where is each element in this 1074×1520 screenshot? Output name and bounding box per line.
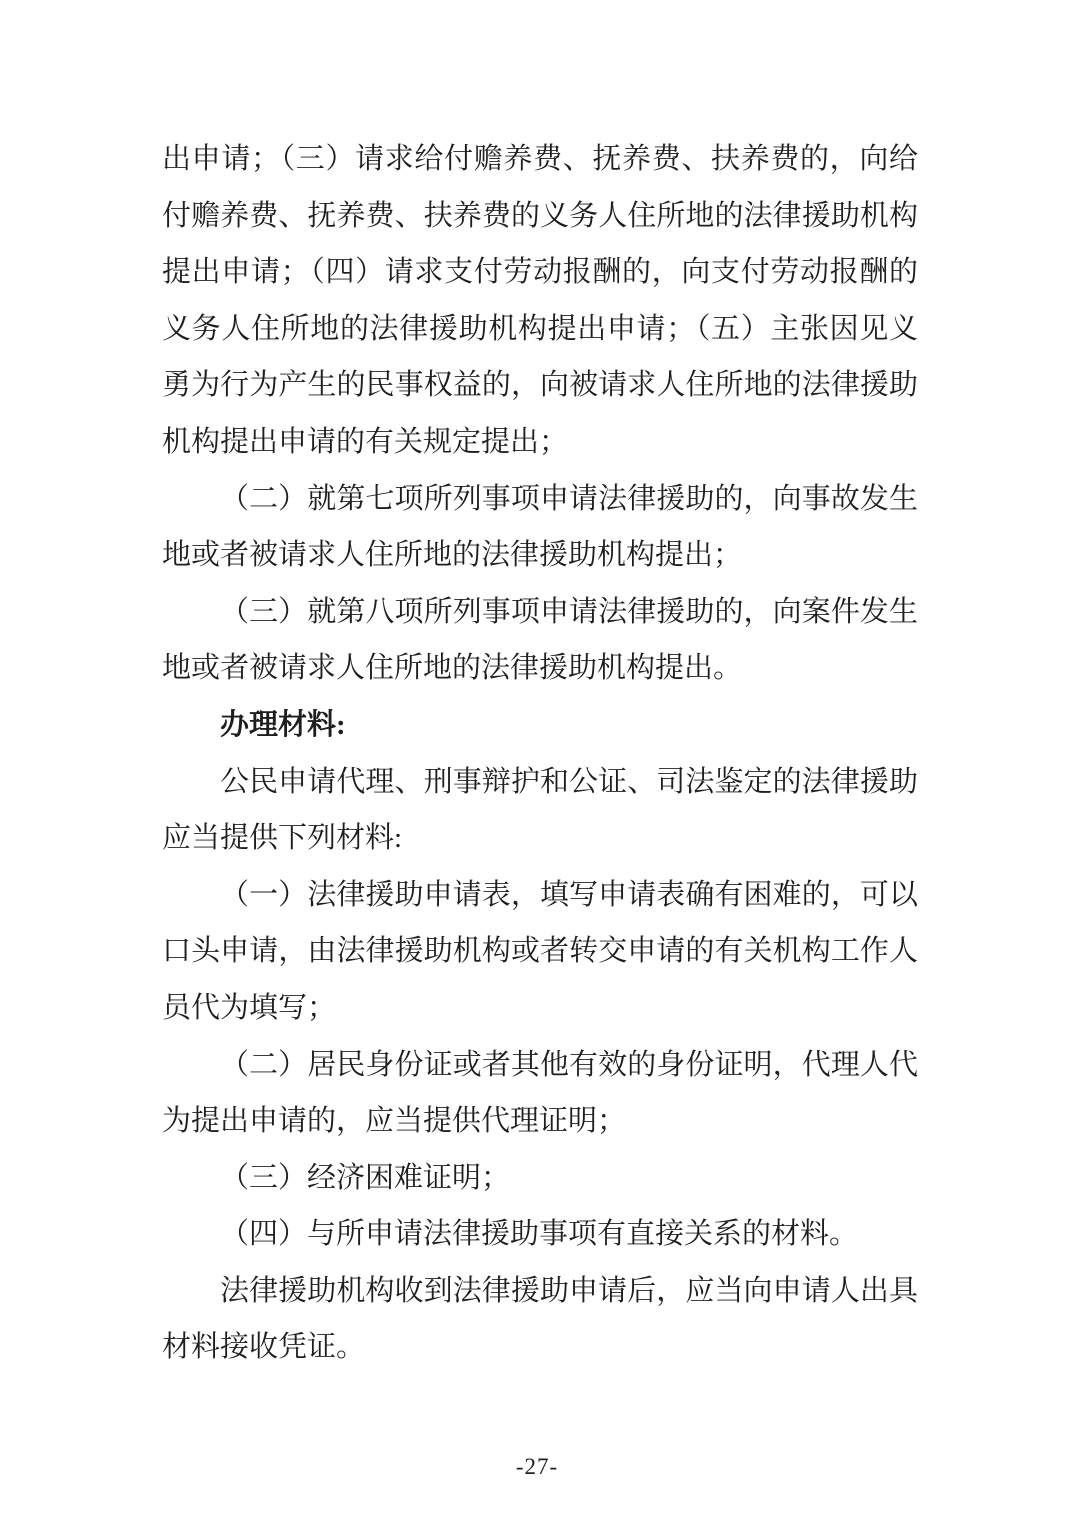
document-body: 出申请；（三）请求给付赡养费、抚养费、扶养费的，向给付赡养费、抚养费、扶养费的义… [162, 131, 918, 1376]
document-page: 出申请；（三）请求给付赡养费、抚养费、扶养费的，向给付赡养费、抚养费、扶养费的义… [0, 0, 1074, 1520]
paragraph: （一）法律援助申请表，填写申请表确有困难的，可以口头申请，由法律援助机构或者转交… [162, 867, 918, 1037]
paragraph: （三）就第八项所列事项申请法律援助的，向案件发生地或者被请求人住所地的法律援助机… [162, 584, 918, 697]
paragraph: 公民申请代理、刑事辩护和公证、司法鉴定的法律援助应当提供下列材料: [162, 754, 918, 867]
page-number: -27- [0, 1453, 1074, 1481]
paragraph: （二）居民身份证或者其他有效的身份证明，代理人代为提出申请的，应当提供代理证明； [162, 1037, 918, 1150]
paragraph: 出申请；（三）请求给付赡养费、抚养费、扶养费的，向给付赡养费、抚养费、扶养费的义… [162, 131, 918, 471]
paragraph: （二）就第七项所列事项申请法律援助的，向事故发生地或者被请求人住所地的法律援助机… [162, 471, 918, 584]
paragraph: （四）与所申请法律援助事项有直接关系的材料。 [162, 1206, 918, 1263]
paragraph: （三）经济困难证明； [162, 1150, 918, 1207]
paragraph: 法律援助机构收到法律援助申请后，应当向申请人出具材料接收凭证。 [162, 1263, 918, 1376]
section-heading: 办理材料: [162, 697, 918, 754]
